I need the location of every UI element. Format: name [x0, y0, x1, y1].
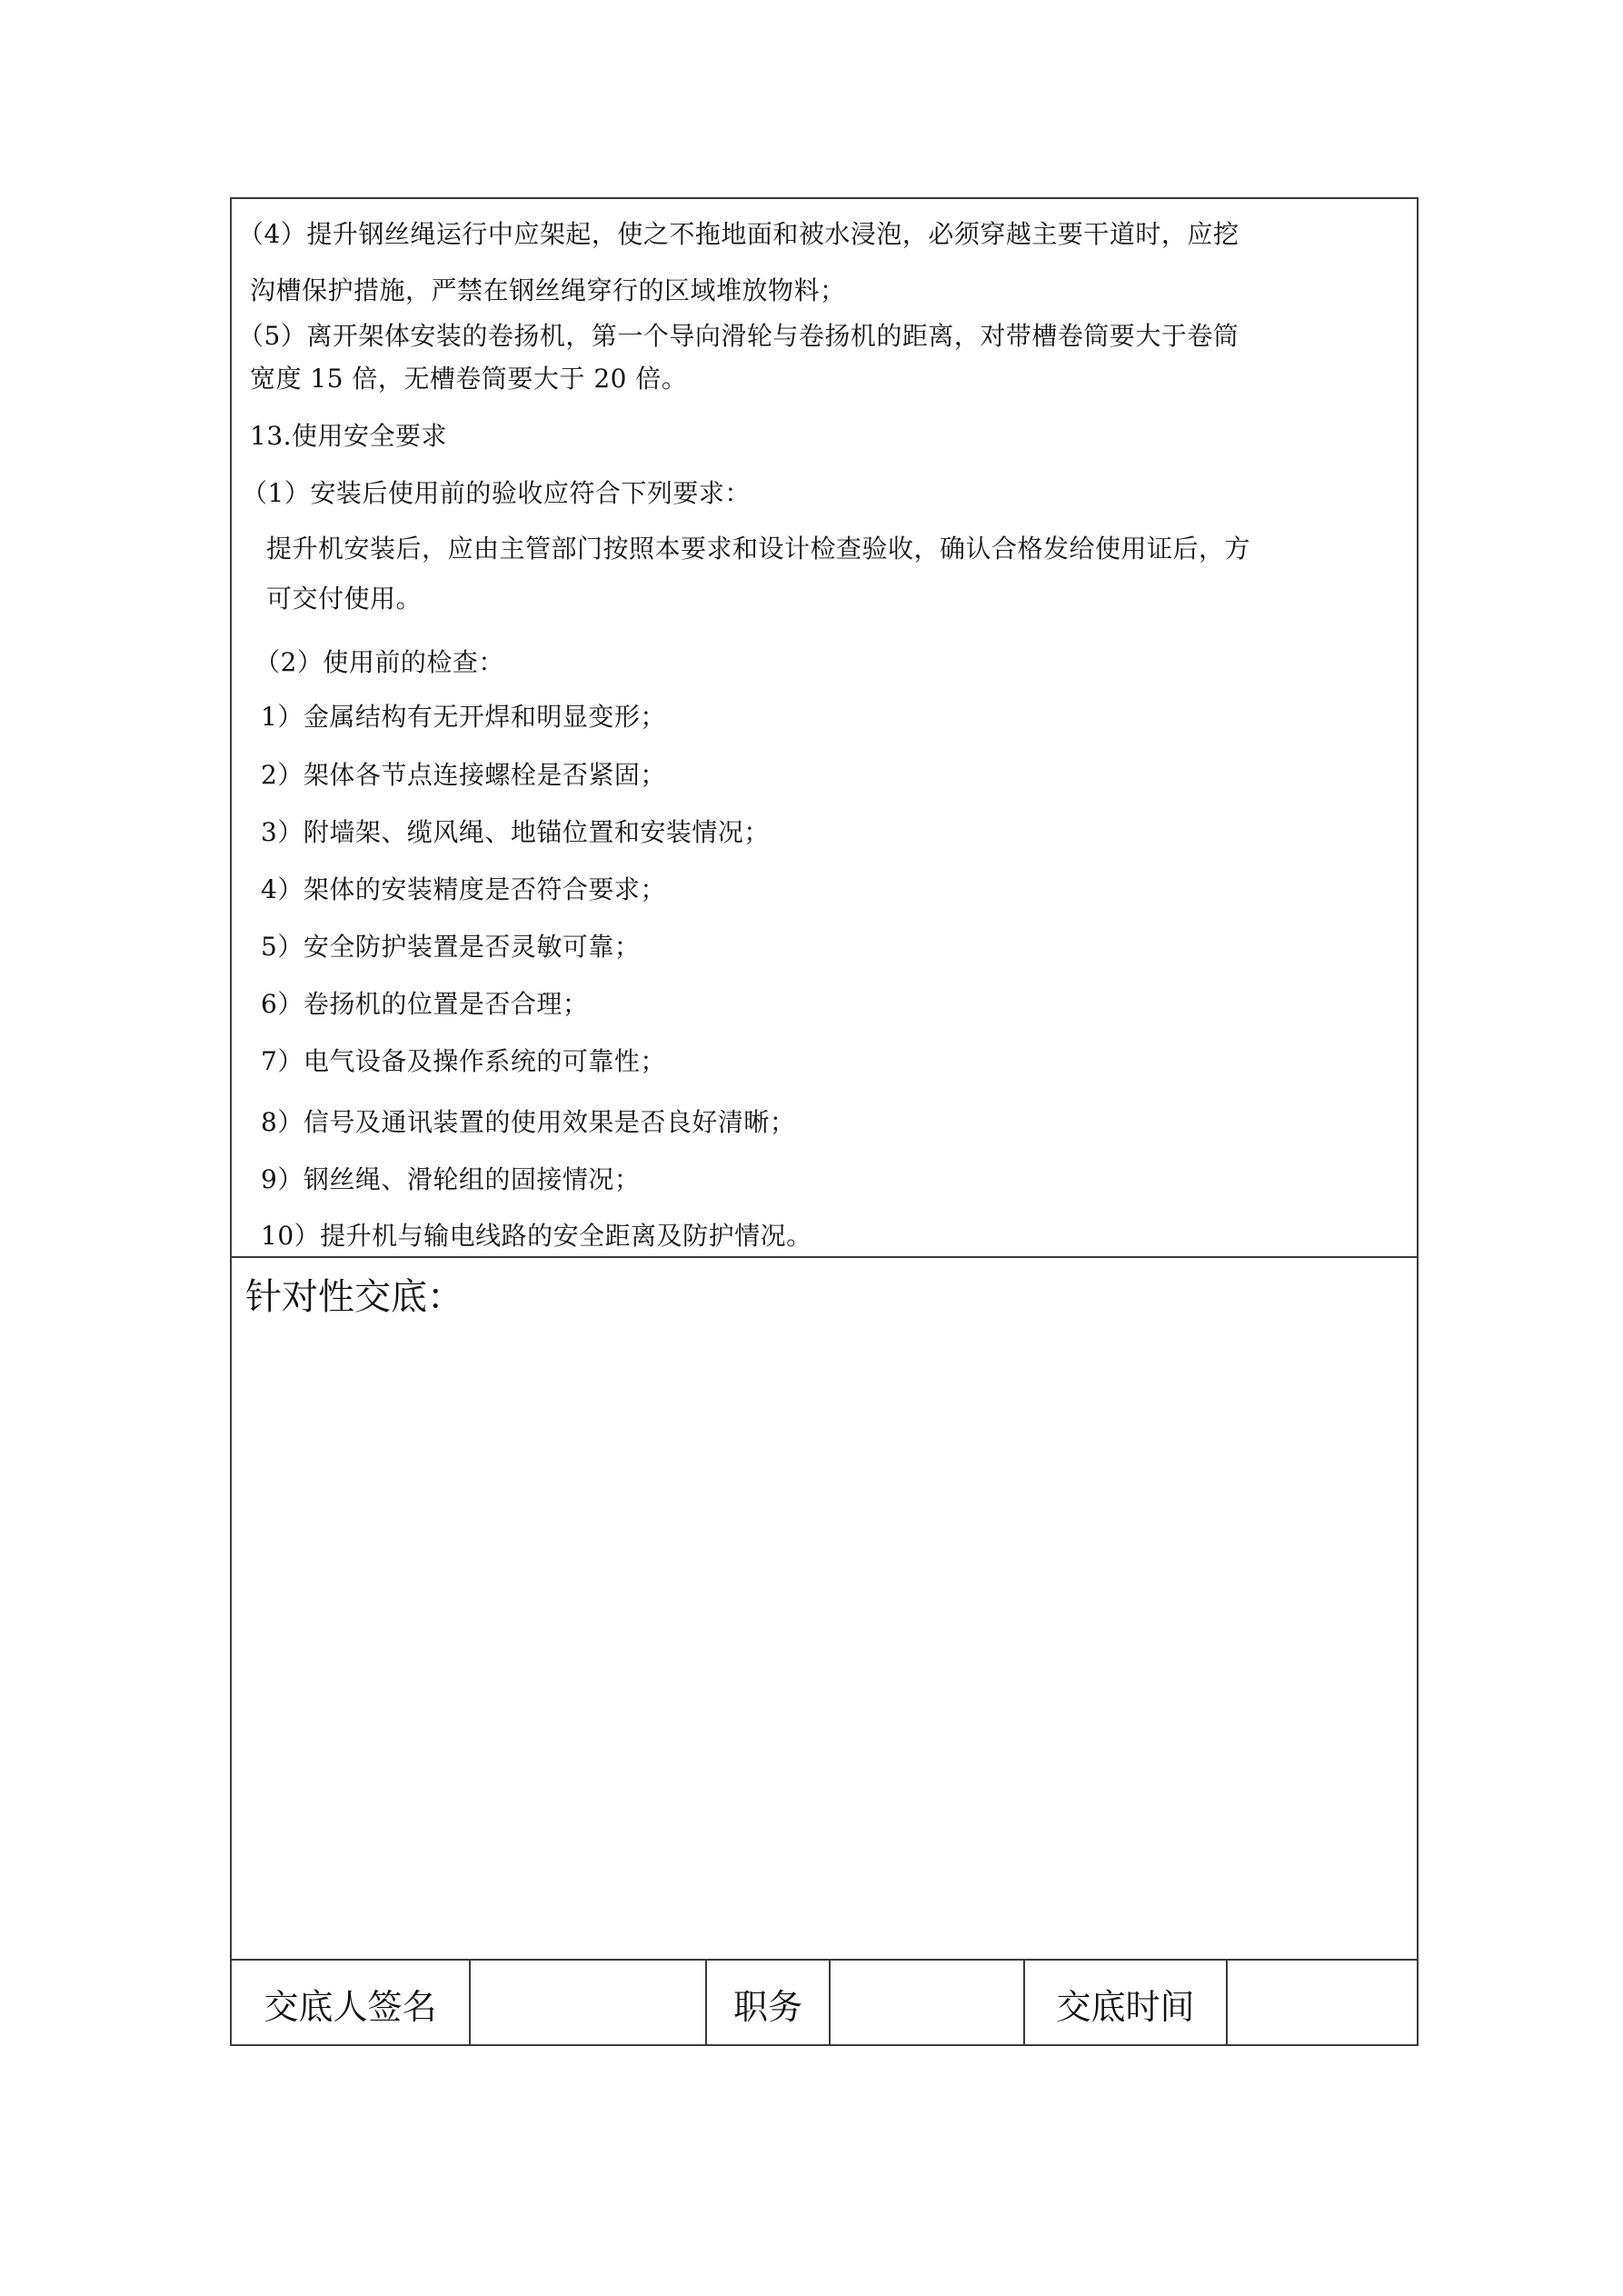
check-item: 5）安全防护装置是否灵敏可靠； — [261, 932, 640, 963]
signer-label: 交底人签名 — [232, 1961, 469, 2046]
check-item: 6）卷扬机的位置是否合理； — [261, 989, 588, 1020]
content-line: （5）离开架体安装的卷扬机，第一个导向滑轮与卷扬机的距离，对带槽卷筒要大于卷筒 — [238, 321, 1239, 352]
check-item: 4）架体的安装精度是否符合要求； — [261, 874, 666, 905]
content-line: 提升机安装后，应由主管部门按照本要求和设计检查验收，确认合格发给使用证后，方 — [266, 534, 1250, 564]
section-heading: 13.使用安全要求 — [250, 421, 447, 452]
signer-field[interactable] — [471, 1961, 705, 2046]
check-item: 10）提升机与输电线路的安全距离及防护情况。 — [261, 1221, 812, 1252]
check-item: 7）电气设备及操作系统的可靠性； — [261, 1046, 666, 1077]
targeted-disclosure-label: 针对性交底： — [245, 1276, 463, 1318]
check-item: 1）金属结构有无开焊和明显变形； — [261, 702, 666, 733]
section-divider — [230, 1256, 1419, 1258]
check-item: 9）钢丝绳、滑轮组的固接情况； — [261, 1164, 640, 1195]
check-item: 2）架体各节点连接螺栓是否紧固； — [261, 760, 666, 791]
check-item: 8）信号及通讯装置的使用效果是否良好清晰； — [261, 1107, 795, 1138]
targeted-disclosure-field[interactable] — [245, 1327, 1399, 1945]
check-item: 3）附墙架、缆风绳、地锚位置和安装情况； — [261, 817, 770, 848]
time-label: 交底时间 — [1025, 1961, 1226, 2046]
time-field[interactable] — [1228, 1961, 1417, 2046]
position-label: 职务 — [707, 1961, 829, 2046]
content-line: 宽度 15 倍，无槽卷筒要大于 20 倍。 — [250, 364, 687, 394]
content-line: 可交付使用。 — [266, 584, 422, 614]
content-line: （1）安装后使用前的验收应符合下列要求： — [242, 478, 751, 509]
content-line: 沟槽保护措施，严禁在钢丝绳穿行的区域堆放物料； — [250, 275, 846, 306]
content-line: （2）使用前的检查： — [254, 647, 504, 678]
content-line: （4）提升钢丝绳运行中应架起，使之不拖地面和被水浸泡，必须穿越主要干道时，应挖 — [238, 219, 1239, 250]
position-field[interactable] — [831, 1961, 1023, 2046]
